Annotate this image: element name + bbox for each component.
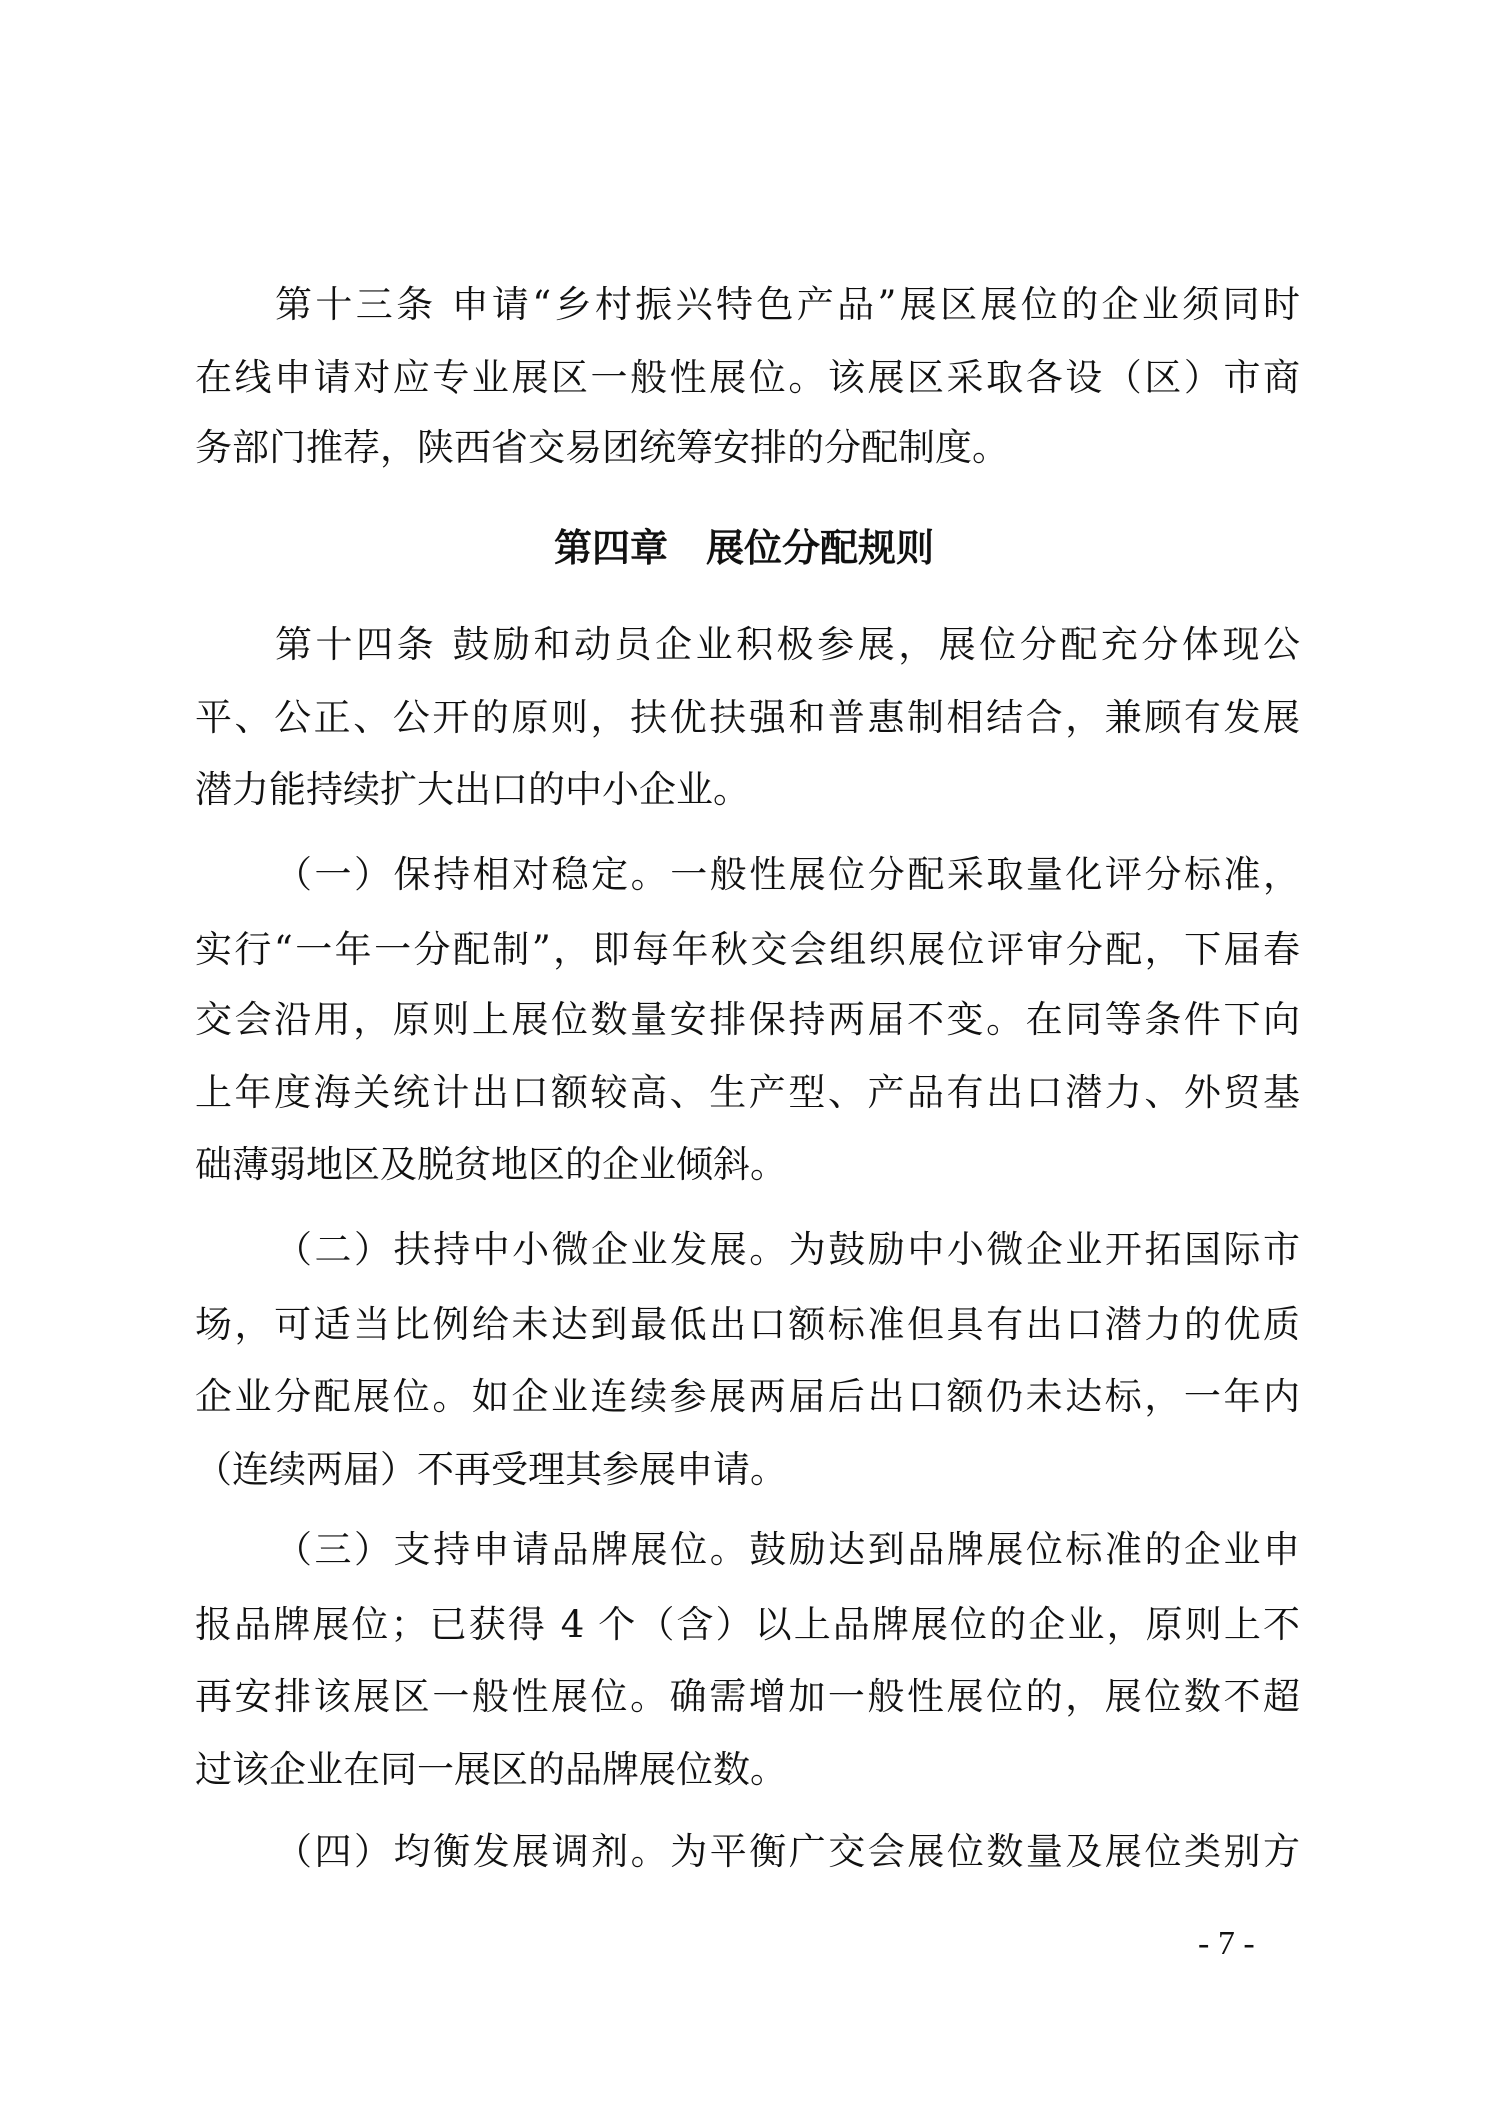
item-1-line-4: 上年度海关统计出口额较高、生产型、产品有出口潜力、外贸基 — [195, 1071, 1300, 1115]
item-1-line-2: 实行“一年一分配制”，即每年秋交会组织展位评审分配，下届春 — [195, 928, 1300, 972]
article-14-line-2: 平、公正、公开的原则，扶优扶强和普惠制相结合，兼顾有发展 — [195, 696, 1300, 740]
article-13-line-2: 在线申请对应专业展区一般性展位。该展区采取各设（区）市商 — [195, 356, 1300, 400]
item-2-line-1: （二）扶持中小微企业发展。为鼓励中小微企业开拓国际市 — [275, 1228, 1300, 1272]
document-page: 第十三条 申请“乡村振兴特色产品”展区展位的企业须同时 在线申请对应专业展区一般… — [0, 0, 1488, 2104]
article-14-line-1: 第十四条 鼓励和动员企业积极参展，展位分配充分体现公 — [275, 623, 1300, 667]
item-1-line-3: 交会沿用，原则上展位数量安排保持两届不变。在同等条件下向 — [195, 998, 1300, 1042]
item-2-line-2: 场，可适当比例给未达到最低出口额标准但具有出口潜力的优质 — [195, 1303, 1300, 1347]
chapter-heading: 第四章 展位分配规则 — [0, 526, 1488, 570]
article-13-line-3: 务部门推荐，陕西省交易团统筹安排的分配制度。 — [195, 426, 1300, 470]
item-1-line-1: （一）保持相对稳定。一般性展位分配采取量化评分标准， — [275, 853, 1300, 897]
item-3-line-2: 报品牌展位；已获得 4 个（含）以上品牌展位的企业，原则上不 — [195, 1603, 1300, 1647]
article-14-line-3: 潜力能持续扩大出口的中小企业。 — [195, 768, 1300, 812]
item-3-line-3: 再安排该展区一般性展位。确需增加一般性展位的，展位数不超 — [195, 1675, 1300, 1719]
item-2-line-3: 企业分配展位。如企业连续参展两届后出口额仍未达标，一年内 — [195, 1375, 1300, 1419]
item-4-line-1: （四）均衡发展调剂。为平衡广交会展位数量及展位类别方 — [275, 1830, 1300, 1874]
article-13-line-1: 第十三条 申请“乡村振兴特色产品”展区展位的企业须同时 — [275, 283, 1300, 327]
item-1-line-5: 础薄弱地区及脱贫地区的企业倾斜。 — [195, 1143, 1300, 1187]
item-3-line-4: 过该企业在同一展区的品牌展位数。 — [195, 1748, 1300, 1792]
item-3-line-1: （三）支持申请品牌展位。鼓励达到品牌展位标准的企业申 — [275, 1528, 1300, 1572]
page-number: - 7 - — [1198, 1922, 1255, 1966]
item-2-line-4: （连续两届）不再受理其参展申请。 — [195, 1448, 1300, 1492]
